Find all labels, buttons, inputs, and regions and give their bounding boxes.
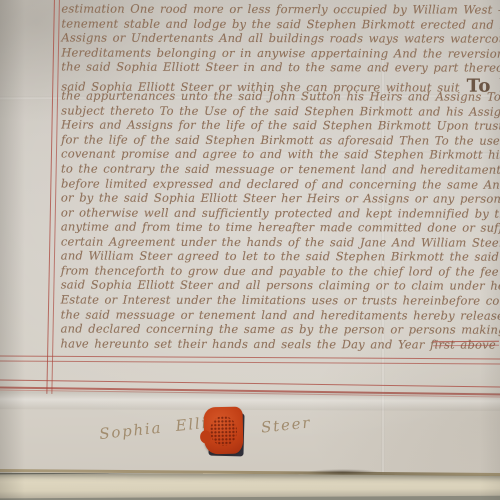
wax-seal-icon	[204, 407, 244, 455]
text-line: certain Agreement under the hands of the…	[61, 235, 500, 250]
text-line: subject thereto To the Use of the said S…	[61, 104, 500, 119]
text-line: estimation One rood more or less formerl…	[61, 2, 500, 17]
edge-shadow	[308, 469, 378, 475]
text-line: and declared concerning the same as by t…	[61, 322, 500, 337]
parchment-under-fold	[0, 472, 500, 499]
text-line: tenement stable and lodge by the said St…	[61, 17, 500, 32]
text-line: from thenceforth to grow due and payable…	[61, 264, 500, 279]
text-line: the appurtenances unto the said John Sut…	[61, 89, 500, 104]
text-line: to the contrary the said messuage or ten…	[61, 162, 500, 177]
text-line: the said Sophia Elliott Steer in and to …	[61, 60, 500, 75]
line-end-filler-rule	[433, 341, 499, 347]
text-line: covenant promise and agree to and with t…	[61, 147, 500, 162]
text-line: Estate or Interest under the limitations…	[61, 293, 500, 308]
text-line: said Sophia Elliott Steer and all person…	[61, 278, 500, 293]
text-line: Assigns or Undertenants And all building…	[61, 31, 500, 46]
text-line: or otherwise well and sufficiently prote…	[61, 206, 500, 221]
manuscript-text: estimation One rood more or less formerl…	[0, 0, 500, 356]
text-line: Heirs and Assigns for the life of the sa…	[61, 118, 500, 133]
text-line: before limited expressed and declared of…	[61, 177, 500, 192]
text-line: Hereditaments belonging or in anywise ap…	[61, 46, 500, 61]
seal-texture	[210, 416, 238, 447]
text-line: and William Steer agreed to let to the s…	[61, 249, 500, 264]
document-photo: estimation One rood more or less formerl…	[0, 0, 500, 500]
text-line: for the life of the said Stephen Birkmot…	[61, 133, 500, 148]
fold-crease	[0, 391, 500, 411]
text-line: anytime and from time to time hereafter …	[61, 220, 500, 235]
text-line: the said messuage or tenement land and h…	[61, 308, 500, 323]
text-line: or by the said Sophia Elliott Steer her …	[61, 191, 500, 206]
